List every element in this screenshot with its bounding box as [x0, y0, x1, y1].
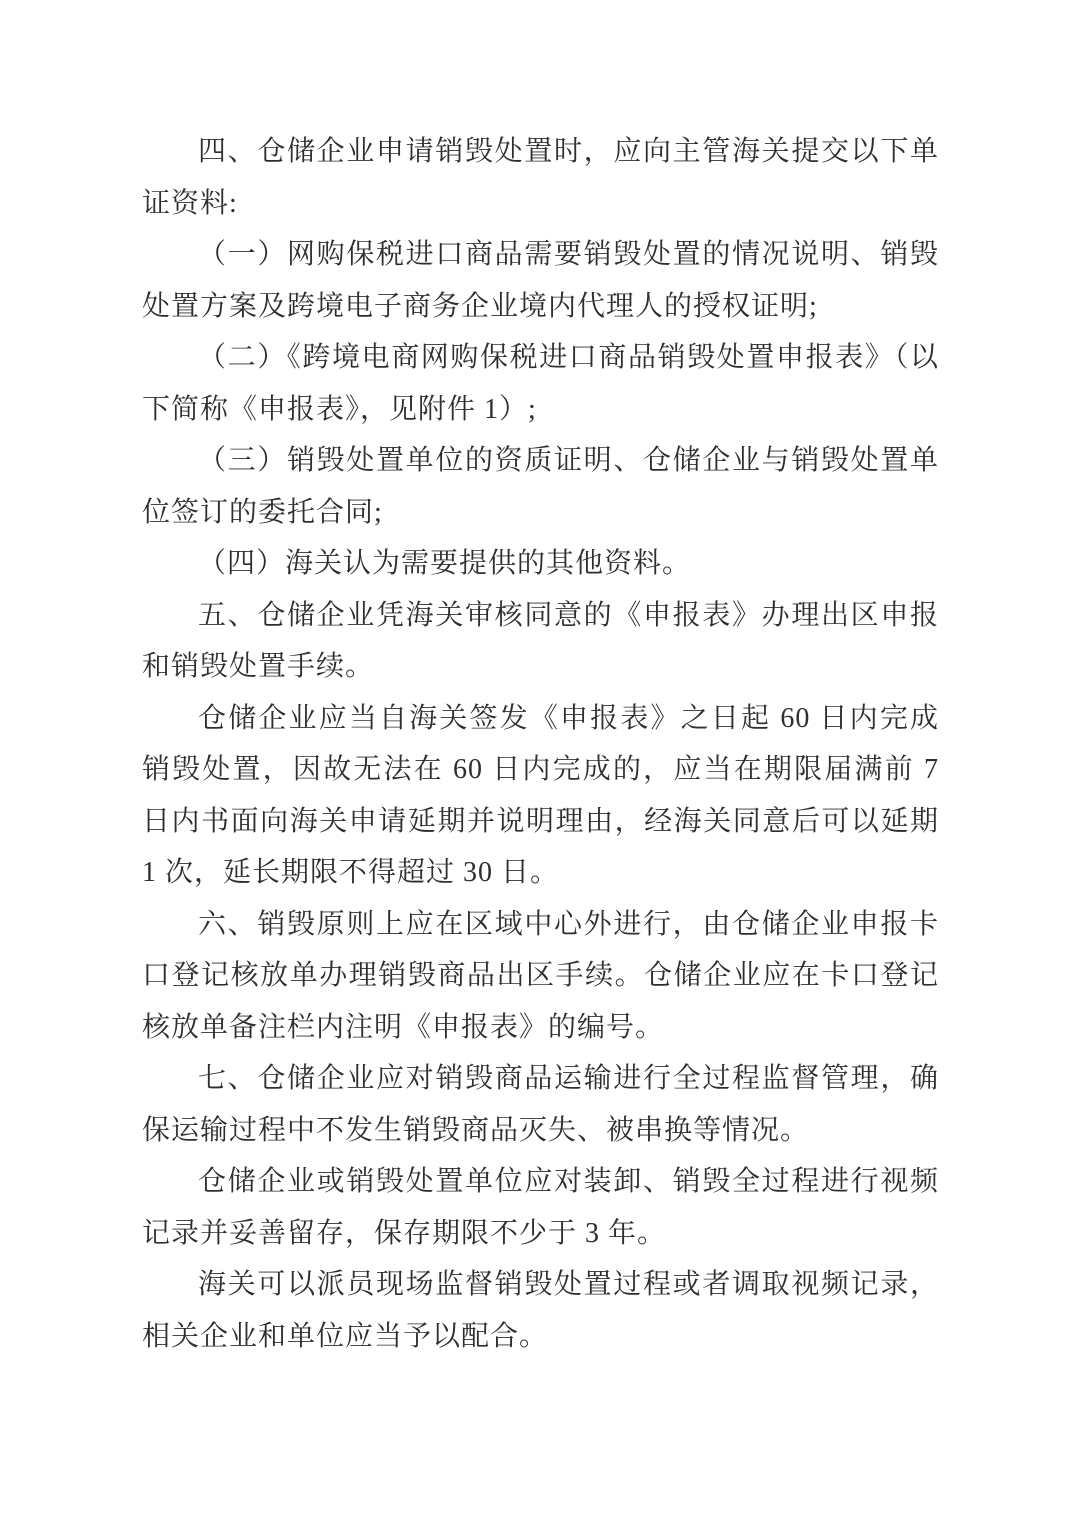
paragraph-item-4-sub-1: （一）网购保税进口商品需要销毁处置的情况说明、销毁处置方案及跨境电子商务企业境内…	[142, 229, 939, 332]
paragraph-item-5-detail: 仓储企业应当自海关签发《申报表》之日起 60 日内完成销毁处置，因故无法在 60…	[142, 693, 939, 899]
paragraph-item-4-sub-4: （四）海关认为需要提供的其他资料。	[142, 538, 939, 590]
paragraph-item-4-sub-2: （二）《跨境电商网购保税进口商品销毁处置申报表》（以下简称《申报表》，见附件 1…	[142, 332, 939, 435]
document-page: 四、仓储企业申请销毁处置时，应向主管海关提交以下单证资料: （一）网购保税进口商…	[0, 0, 1074, 1520]
paragraph-item-4-sub-3: （三）销毁处置单位的资质证明、仓储企业与销毁处置单位签订的委托合同;	[142, 435, 939, 538]
paragraph-item-4-heading: 四、仓储企业申请销毁处置时，应向主管海关提交以下单证资料:	[142, 126, 939, 229]
paragraph-item-7-detail-1: 仓储企业或销毁处置单位应对装卸、销毁全过程进行视频记录并妥善留存，保存期限不少于…	[142, 1156, 939, 1259]
paragraph-item-6: 六、销毁原则上应在区域中心外进行，由仓储企业申报卡口登记核放单办理销毁商品出区手…	[142, 899, 939, 1054]
document-body: 四、仓储企业申请销毁处置时，应向主管海关提交以下单证资料: （一）网购保税进口商…	[142, 126, 939, 1362]
paragraph-item-7-detail-2: 海关可以派员现场监督销毁处置过程或者调取视频记录，相关企业和单位应当予以配合。	[142, 1259, 939, 1362]
paragraph-item-7: 七、仓储企业应对销毁商品运输进行全过程监督管理，确保运输过程中不发生销毁商品灭失…	[142, 1053, 939, 1156]
paragraph-item-5: 五、仓储企业凭海关审核同意的《申报表》办理出区申报和销毁处置手续。	[142, 590, 939, 693]
